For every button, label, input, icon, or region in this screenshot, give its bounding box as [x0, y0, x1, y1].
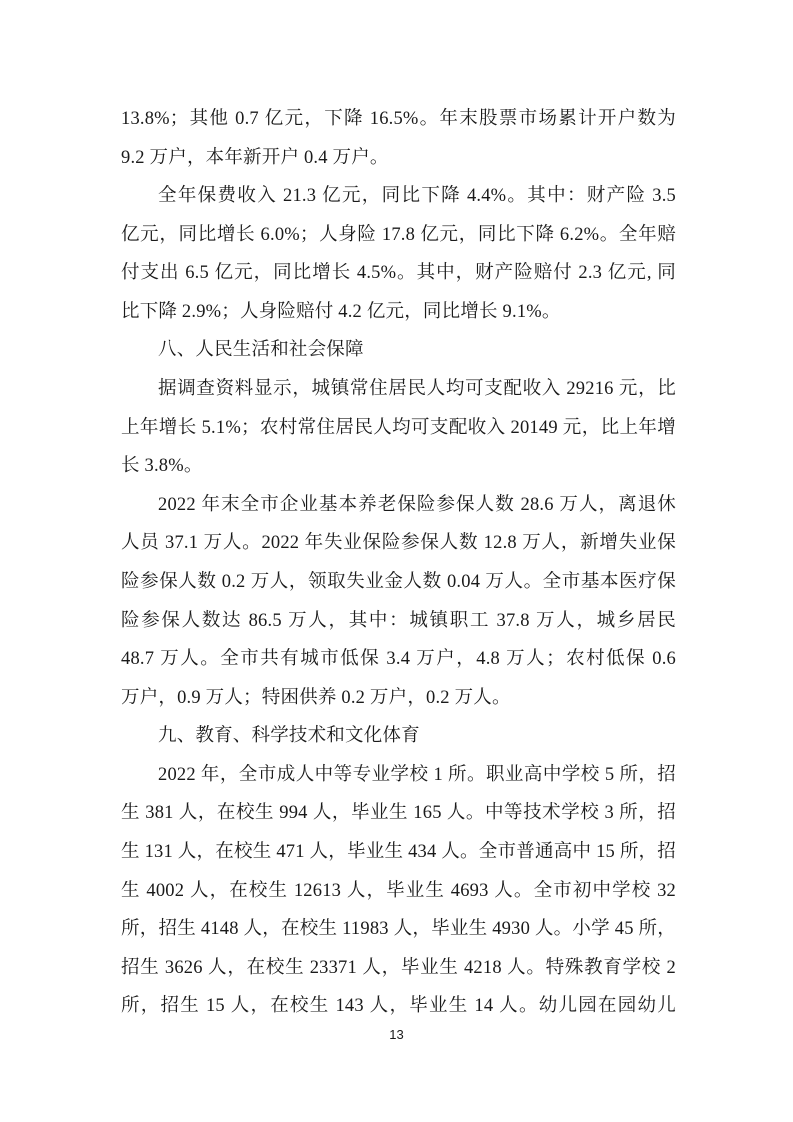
section-heading: 八、人民生活和社会保障	[121, 331, 676, 370]
text-line: 9.2 万户，本年新开户 0.4 万户。	[121, 139, 676, 178]
text-line: 48.7 万人。全市共有城市低保 3.4 万户，4.8 万人；农村低保 0.6	[121, 640, 676, 679]
text-line: 13.8%；其他 0.7 亿元，下降 16.5%。年末股票市场累计开户数为	[121, 100, 676, 139]
paragraph: 2022 年，全市成人中等专业学校 1 所。职业高中学校 5 所，招生 381 …	[121, 756, 676, 1026]
text-line: 所，招生 4148 人，在校生 11983 人，毕业生 4930 人。小学 45…	[121, 910, 676, 949]
text-line: 2022 年，全市成人中等专业学校 1 所。职业高中学校 5 所，招	[121, 756, 676, 795]
text-line: 比下降 2.9%；人身险赔付 4.2 亿元，同比增长 9.1%。	[121, 293, 676, 332]
text-line: 险参保人数 0.2 万人，领取失业金人数 0.04 万人。全市基本医疗保	[121, 563, 676, 602]
paragraph: 2022 年末全市企业基本养老保险参保人数 28.6 万人，离退休人员 37.1…	[121, 486, 676, 717]
text-line: 万户，0.9 万人；特困供养 0.2 万户，0.2 万人。	[121, 679, 676, 718]
page-number: 13	[0, 1026, 793, 1044]
text-line: 险参保人数达 86.5 万人，其中：城镇职工 37.8 万人，城乡居民	[121, 602, 676, 641]
text-line: 上年增长 5.1%；农村常住居民人均可支配收入 20149 元，比上年增	[121, 409, 676, 448]
text-line: 人员 37.1 万人。2022 年失业保险参保人数 12.8 万人，新增失业保	[121, 524, 676, 563]
paragraph: 13.8%；其他 0.7 亿元，下降 16.5%。年末股票市场累计开户数为9.2…	[121, 100, 676, 177]
text-line: 亿元，同比增长 6.0%；人身险 17.8 亿元，同比下降 6.2%。全年赔	[121, 216, 676, 255]
page-body: 13.8%；其他 0.7 亿元，下降 16.5%。年末股票市场累计开户数为9.2…	[121, 100, 676, 1026]
text-line: 八、人民生活和社会保障	[121, 331, 676, 370]
paragraph: 据调查资料显示，城镇常住居民人均可支配收入 29216 元，比上年增长 5.1%…	[121, 370, 676, 486]
text-line: 生 381 人，在校生 994 人，毕业生 165 人。中等技术学校 3 所，招	[121, 794, 676, 833]
text-line: 2022 年末全市企业基本养老保险参保人数 28.6 万人，离退休	[121, 486, 676, 525]
text-line: 长 3.8%。	[121, 447, 676, 486]
document-page: 13.8%；其他 0.7 亿元，下降 16.5%。年末股票市场累计开户数为9.2…	[0, 0, 793, 1122]
text-line: 付支出 6.5 亿元，同比增长 4.5%。其中，财产险赔付 2.3 亿元, 同	[121, 254, 676, 293]
text-line: 生 131 人，在校生 471 人，毕业生 434 人。全市普通高中 15 所，…	[121, 833, 676, 872]
text-line: 所，招生 15 人，在校生 143 人，毕业生 14 人。幼儿园在园幼儿	[121, 987, 676, 1026]
text-line: 全年保费收入 21.3 亿元，同比下降 4.4%。其中：财产险 3.5	[121, 177, 676, 216]
text-line: 招生 3626 人，在校生 23371 人，毕业生 4218 人。特殊教育学校 …	[121, 949, 676, 988]
text-line: 生 4002 人，在校生 12613 人，毕业生 4693 人。全市初中学校 3…	[121, 872, 676, 911]
paragraph: 全年保费收入 21.3 亿元，同比下降 4.4%。其中：财产险 3.5亿元，同比…	[121, 177, 676, 331]
section-heading: 九、教育、科学技术和文化体育	[121, 717, 676, 756]
text-line: 九、教育、科学技术和文化体育	[121, 717, 676, 756]
text-line: 据调查资料显示，城镇常住居民人均可支配收入 29216 元，比	[121, 370, 676, 409]
